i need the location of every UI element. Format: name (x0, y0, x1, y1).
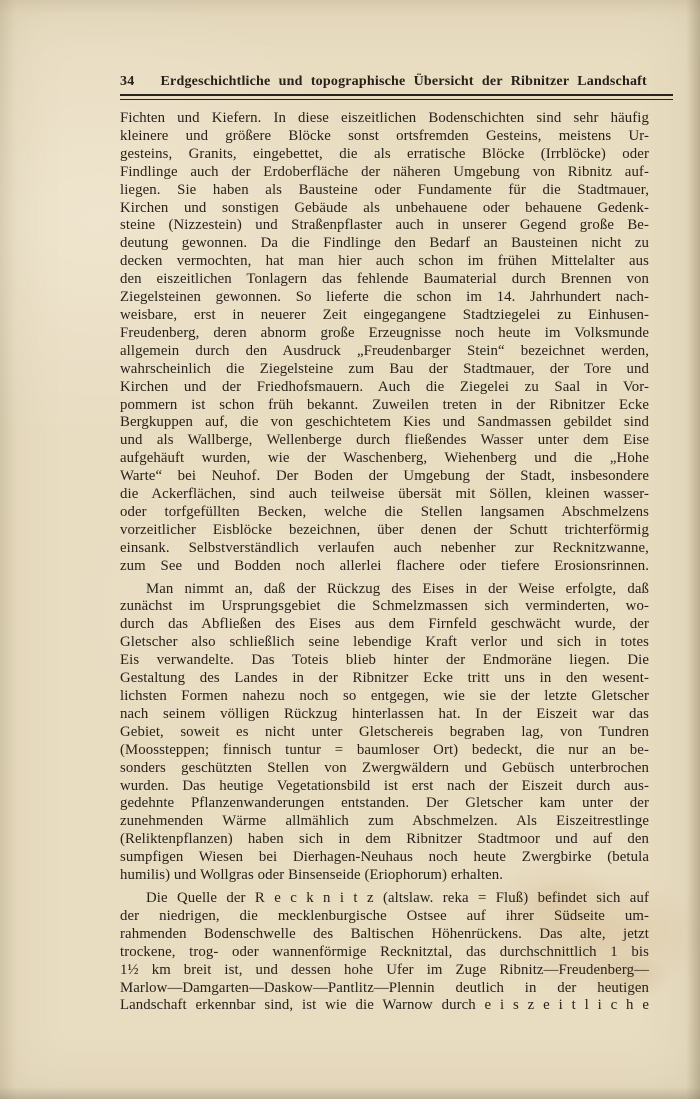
text-line: liegen. Sie haben als Bausteine oder Fun… (120, 182, 649, 200)
text-line: die Ackerflächen, sind auch teilweise üb… (120, 486, 649, 504)
text-line: Gletscher also schließlich seine lebendi… (120, 634, 649, 652)
text-line: Kirchen und sonstigen Gebäude als unbeha… (120, 200, 649, 218)
text-line: Gestaltung des Landes in der Ribnitzer E… (120, 670, 649, 688)
text-line: 1½ km breit ist, und dessen hohe Ufer im… (120, 962, 649, 980)
text-line: humilis) und Wollgras oder Binsenseide (… (120, 867, 649, 885)
paragraph: Fichten und Kiefern. In diese eiszeitlic… (120, 110, 649, 576)
text-line: wurden. Das heutige Vegetationsbild ist … (120, 778, 649, 796)
text-line: zunächst im Ursprungsgebiet die Schmelzm… (120, 598, 649, 616)
text-line: Bergkuppen auf, die von geschichtetem Ki… (120, 414, 649, 432)
text-line: oder torfgefüllten Becken, welche die St… (120, 504, 649, 522)
text-line: trockene, trog- oder wannenförmige Reckn… (120, 944, 649, 962)
text-line: Kirchen und der Friedhofsmauern. Auch di… (120, 379, 649, 397)
text-line: kleinere und größere Blöcke sonst ortsfr… (120, 128, 649, 146)
text-line: Marlow—Damgarten—Daskow—Pantlitz—Plennin… (120, 980, 649, 998)
text-line: deutung gewonnen. Da die Findlinge den B… (120, 235, 649, 253)
text-line: gesteins, Granits, eingebettet, die als … (120, 146, 649, 164)
text-line: allgemein durch den Ausdruck „Freudenbar… (120, 343, 649, 361)
paragraph: Man nimmt an, daß der Rückzug des Eises … (120, 581, 649, 885)
text-line: (Moossteppen; finnisch tuntur = baumlose… (120, 742, 649, 760)
text-line: pommern ist schon früh bekannt. Zuweilen… (120, 397, 649, 415)
text-line: der niedrigen, die mecklenburgische Osts… (120, 908, 649, 926)
text-line: (Reliktenpflanzen) haben sich in dem Rib… (120, 831, 649, 849)
text-line: decken vermochten, hat man hier auch sch… (120, 253, 649, 271)
text-line: zunehmenden Wärme allmählich zum Abschme… (120, 813, 649, 831)
text-block: Fichten und Kiefern. In diese eiszeitlic… (120, 110, 649, 1015)
page-number: 34 (120, 74, 134, 90)
text-line: zum See und Bodden noch allerlei flacher… (120, 558, 649, 576)
text-line: Eis verwandelte. Das Toteis blieb hinter… (120, 652, 649, 670)
text-line: rahmenden Bodenschwelle des Baltischen H… (120, 926, 649, 944)
text-line: Findlinge auch der Erdoberfläche der näh… (120, 164, 649, 182)
text-line: durch das Abfließen des Eises aus dem Fi… (120, 616, 649, 634)
text-line: Die Quelle der R e c k n i t z (altslaw.… (120, 890, 649, 908)
text-line: wahrscheinlich die Ziegelsteine zum Bau … (120, 361, 649, 379)
text-line: sumpfigen Wiesen bei Dierhagen-Neuhaus n… (120, 849, 649, 867)
text-line: Man nimmt an, daß der Rückzug des Eises … (120, 581, 649, 599)
text-line: Freudenberg, deren abnorm große Erzeugni… (120, 325, 649, 343)
text-line: sonders geschützten Stellen von Zwergwäl… (120, 760, 649, 778)
running-header: 34 Erdgeschichtliche und topographische … (120, 74, 673, 90)
text-line: vorzeitlicher Eisblöcke bezeichnen, über… (120, 522, 649, 540)
text-line: aufgehäuft wurden, wie der Waschenberg, … (120, 450, 649, 468)
text-line: und als Wallberge, Wellenberge durch fli… (120, 432, 649, 450)
text-line: einsank. Selbstverständlich verlaufen au… (120, 540, 649, 558)
text-line: Fichten und Kiefern. In diese eiszeitlic… (120, 110, 649, 128)
header-rule (120, 94, 673, 100)
text-line: Gebiet, soweit es nicht unter Gletschere… (120, 724, 649, 742)
text-line: lichsten Formen nahezu noch so entgegen,… (120, 688, 649, 706)
text-line: Warte“ bei Neuhof. Der Boden der Umgebun… (120, 468, 649, 486)
text-line: nach seinem völligen Rückzug hinterlasse… (120, 706, 649, 724)
text-line: den eiszeitlichen Tonlagern das fehlende… (120, 271, 649, 289)
text-line: gedehnte Pflanzenwanderungen entstanden.… (120, 795, 649, 813)
text-line: Landschaft erkennbar sind, ist wie die W… (120, 997, 649, 1015)
paragraph: Die Quelle der R e c k n i t z (altslaw.… (120, 890, 649, 1015)
scanned-book-page: 34 Erdgeschichtliche und topographische … (0, 0, 700, 1099)
text-line: Ziegelsteinen gewonnen. So lieferte die … (120, 289, 649, 307)
text-line: steine (Nizzestein) und Straßenpflaster … (120, 217, 649, 235)
text-line: weisbare, erst in neuerer Zeit eingegang… (120, 307, 649, 325)
running-title: Erdgeschichtliche und topographische Übe… (134, 74, 673, 90)
